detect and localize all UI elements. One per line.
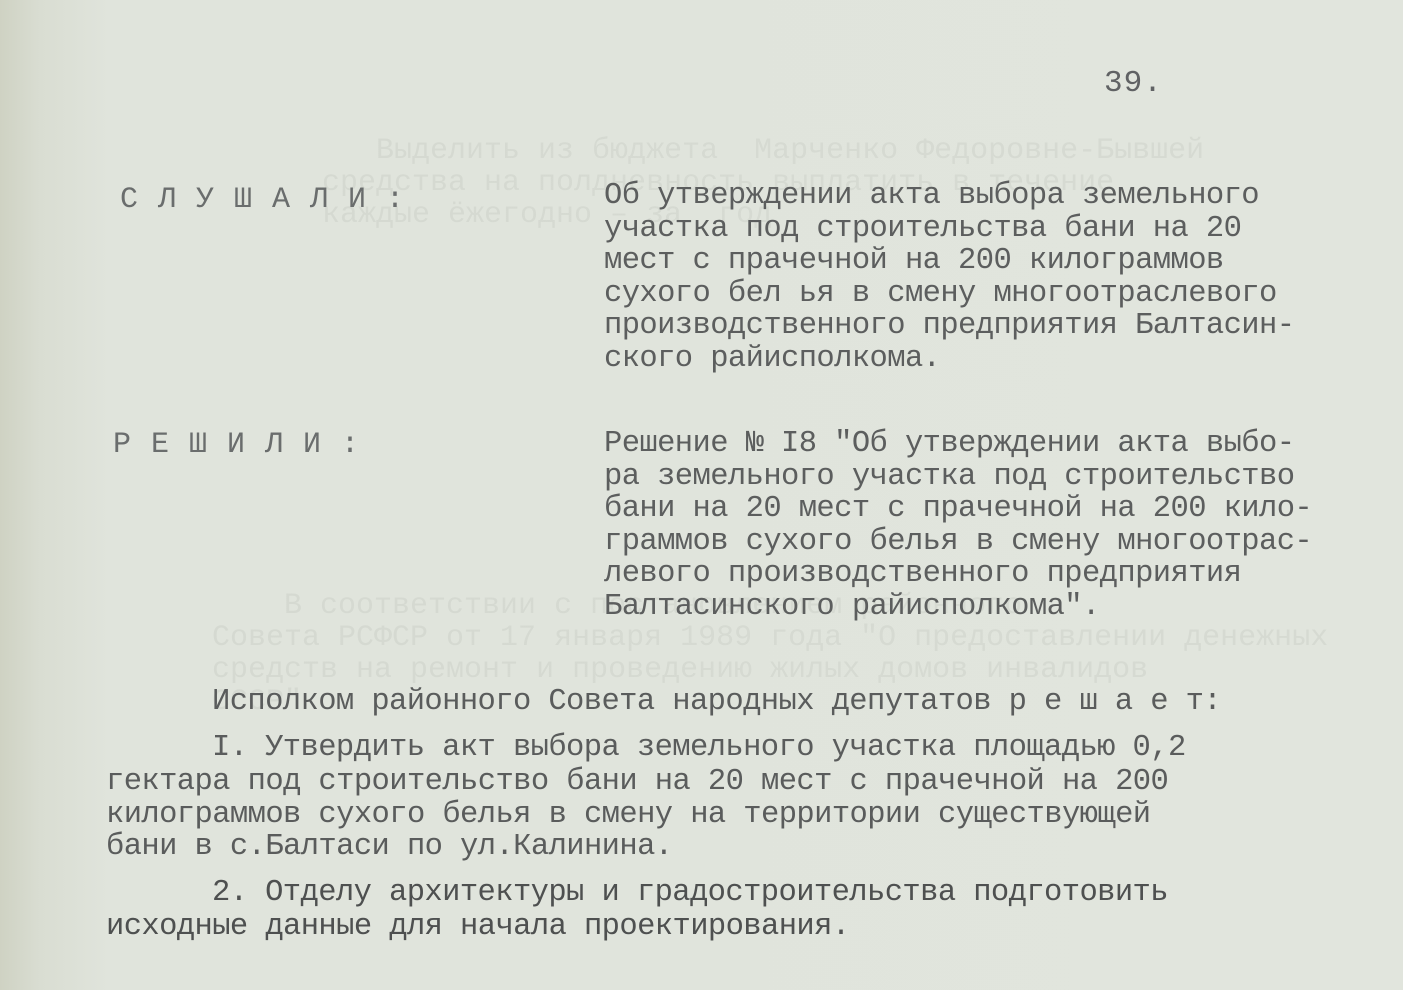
document-page: Выделить из бюджета Марченко Федоровне-Б… bbox=[0, 0, 1403, 990]
text-line: бани на 20 мест с прачечной на 200 кило- bbox=[604, 493, 1312, 526]
section-body-decided: Решение № I8 "Об утверждении акта выбо-р… bbox=[604, 428, 1312, 624]
text-line: килограммов сухого белья в смену на терр… bbox=[106, 799, 1168, 832]
text-line: гектара под строительство бани на 20 мес… bbox=[106, 766, 1168, 799]
resolution-item-1-body: гектара под строительство бани на 20 мес… bbox=[106, 766, 1168, 864]
text-line: исходные данные для начала проектировани… bbox=[106, 911, 850, 943]
section-body-heard: Об утверждении акта выбора земельногоуча… bbox=[604, 180, 1294, 376]
resolution-item-2-first-line: 2. Отделу архитектуры и градостроительст… bbox=[212, 877, 1168, 909]
text-line: сухого бел ья в смену многоотраслевого bbox=[604, 278, 1294, 311]
text-line: мест с прачечной на 200 килограммов bbox=[604, 245, 1294, 278]
text-line: ского райисполкома. bbox=[604, 343, 1294, 376]
text-line: Об утверждении акта выбора земельного bbox=[604, 180, 1294, 213]
section-label-decided: Р Е Ш И Л И : bbox=[113, 428, 360, 462]
text-line: граммов сухого белья в смену многоотрас- bbox=[604, 526, 1312, 559]
text-line: бани в с.Балтаси по ул.Калинина. bbox=[106, 831, 1168, 864]
text-line: левого производственного предприятия bbox=[604, 558, 1312, 591]
text-line: участка под строительства бани на 20 bbox=[604, 213, 1294, 246]
page-number: 39. bbox=[1104, 66, 1163, 101]
text-line: Балтасинского райисполкома". bbox=[604, 591, 1312, 624]
resolution-item-1-first-line: I. Утвердить акт выбора земельного участ… bbox=[212, 732, 1186, 764]
section-label-heard: С Л У Ш А Л И : bbox=[120, 183, 405, 217]
resolution-item-2-body: исходные данные для начала проектировани… bbox=[106, 911, 850, 943]
resolution-preamble: Исполком районного Совета народных депут… bbox=[212, 686, 1221, 718]
text-line: Решение № I8 "Об утверждении акта выбо- bbox=[604, 428, 1312, 461]
text-line: ра земельного участка под строительство bbox=[604, 461, 1312, 494]
text-line: производственного предприятия Балтасин- bbox=[604, 310, 1294, 343]
